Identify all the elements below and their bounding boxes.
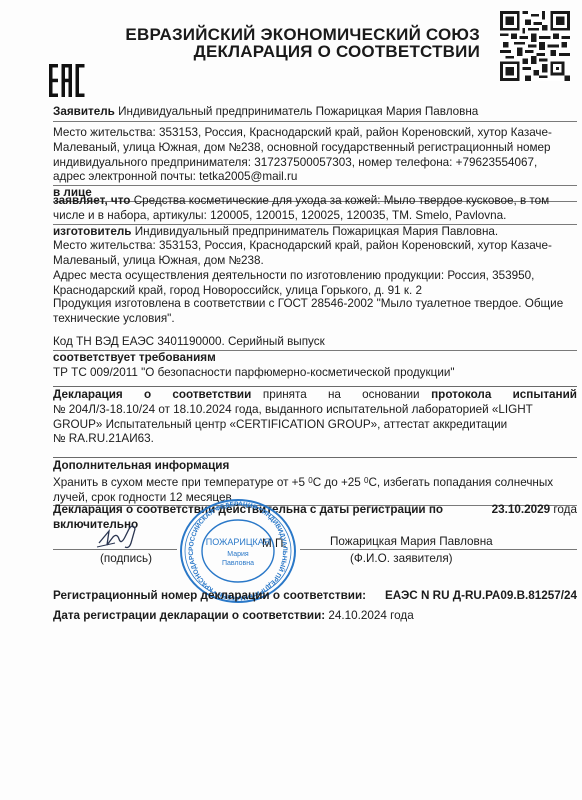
signature-caption: (подпись) <box>100 552 152 565</box>
storage-text-a: Хранить в сухом месте при температуре от… <box>53 476 308 489</box>
standard-line1: Продукция изготовлена в соответствии с Г… <box>53 297 577 312</box>
declares-section: заявляет, что Средства косметические для… <box>53 194 577 299</box>
requirements-label: соответствует требованиям <box>53 351 577 366</box>
manufacturer-address-line1: Место жительства: 353153, Россия, Красно… <box>53 239 577 254</box>
registration-number-value: ЕАЭС N RU Д-RU.РА09.В.81257/24 <box>385 589 577 604</box>
basis-section: Декларация о соответствии принята на осн… <box>53 386 577 447</box>
basis-declaration-label: Декларация о соответствии <box>53 388 251 403</box>
svg-text:РОССИЙСКАЯ ФЕДЕРАЦИЯ • ИНДИВИД: РОССИЙСКАЯ ФЕДЕРАЦИЯ • ИНДИВИДУАЛЬНЫЙ ПР… <box>177 498 288 601</box>
svg-text:Павловна: Павловна <box>222 560 254 567</box>
applicant-address-line: Малеваный, улица Южная, дом №238, основн… <box>53 141 577 156</box>
storage-text-c: С, избегать попадания солнечных <box>368 476 553 489</box>
applicant-signature-name: Пожарицкая Мария Павловна <box>330 535 493 548</box>
svg-text:Мария: Мария <box>227 551 249 558</box>
degree-sup: 0 <box>308 476 312 485</box>
validity-suffix: года <box>553 503 577 516</box>
degree-sup: 0 <box>364 476 368 485</box>
registration-number-label: Регистрационный номер декларации о соотв… <box>53 589 366 604</box>
basis-lab-line: GROUP» Испытательный центр «CERTIFICATIO… <box>53 418 577 433</box>
declares-label: заявляет, что <box>53 194 130 207</box>
registration-date-label: Дата регистрации декларации о соответств… <box>53 609 325 622</box>
additional-info-label: Дополнительная информация <box>53 459 577 474</box>
standard-section: Продукция изготовлена в соответствии с Г… <box>53 297 577 327</box>
basis-protocol-line: № 204Л/3-18.10/24 от 18.10.2024 года, вы… <box>53 403 577 418</box>
applicant-address-line: Место жительства: 353153, Россия, Красно… <box>53 126 577 141</box>
declares-product-line1: Средства косметические для ухода за коже… <box>134 194 550 207</box>
storage-text-b: С до +25 <box>313 476 364 489</box>
additional-info-section: Дополнительная информация Хранить в сухо… <box>53 457 577 506</box>
registration-section: Регистрационный номер декларации о соотв… <box>53 589 577 624</box>
manufacturer-name: Индивидуальный предприниматель Пожарицка… <box>135 225 498 238</box>
basis-accreditation-line: № RA.RU.21АИ63. <box>53 432 577 447</box>
production-address-line1: Адрес места осуществления деятельности п… <box>53 269 577 284</box>
validity-date: 23.10.2029 <box>492 503 551 516</box>
applicant-label: Заявитель <box>53 105 115 118</box>
basis-protocol-label: протокола испытаний <box>431 388 577 403</box>
eac-logo-icon <box>49 64 85 97</box>
name-line <box>300 549 577 550</box>
stamp-ring-text: РОССИЙСКАЯ ФЕДЕРАЦИЯ • ИНДИВИДУАЛЬНЫЙ ПР… <box>177 498 288 601</box>
code-section: Код ТН ВЭД ЕАЭС 3401190000. Серийный вып… <box>53 335 577 380</box>
signature-icon <box>95 523 145 553</box>
tn-ved-code: Код ТН ВЭД ЕАЭС 3401190000. Серийный вып… <box>53 335 577 351</box>
qr-code-icon[interactable] <box>500 10 570 82</box>
manufacturer-address-line2: Малеваный, улица Южная, дом №238. <box>53 254 577 269</box>
header-document-title: ДЕКЛАРАЦИЯ О СООТВЕТСТВИИ <box>100 42 480 62</box>
basis-accepted-text: принята на основании <box>263 388 420 403</box>
requirements-value: ТР ТС 009/2011 "О безопасности парфюмерн… <box>53 366 577 381</box>
manufacturer-label: изготовитель <box>53 225 131 238</box>
declares-product-line2: числе и в набора, артикулы: 120005, 1200… <box>53 209 577 225</box>
applicant-name: Индивидуальный предприниматель Пожарицка… <box>118 105 478 118</box>
name-caption: (Ф.И.О. заявителя) <box>350 552 453 565</box>
svg-text:ПОЖАРИЦКАЯ: ПОЖАРИЦКАЯ <box>206 537 270 547</box>
standard-line2: технические условия". <box>53 312 577 327</box>
applicant-email-line: адрес электронной почты: tetka2005@mail.… <box>53 170 577 186</box>
applicant-section: Заявитель Индивидуальный предприниматель… <box>53 105 577 122</box>
applicant-address-line: индивидуального предпринимателя: 3172375… <box>53 156 577 171</box>
registration-date-value: 24.10.2024 года <box>328 609 413 622</box>
declaration-page: ЕВРАЗИЙСКИЙ ЭКОНОМИЧЕСКИЙ СОЮЗ ДЕКЛАРАЦИ… <box>0 0 582 800</box>
applicant-address-block: Место жительства: 353153, Россия, Красно… <box>53 126 577 202</box>
